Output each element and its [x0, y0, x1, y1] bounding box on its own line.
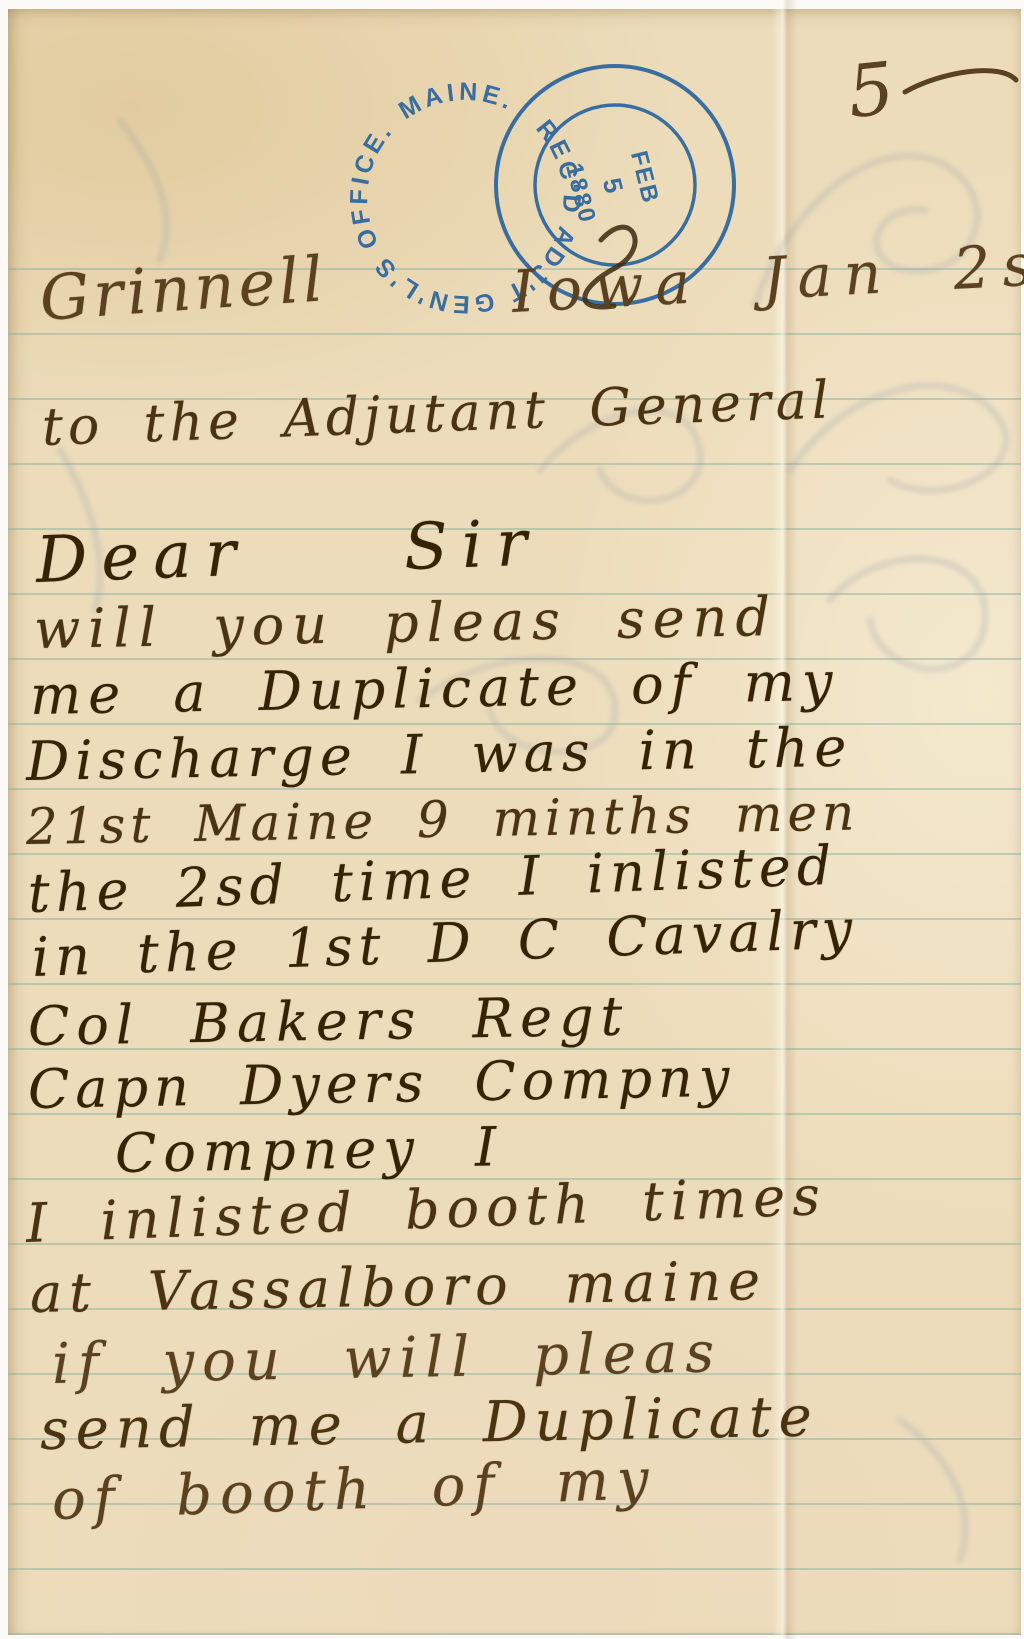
handwritten-line: at Vassalboro maine: [29, 1249, 767, 1325]
svg-text:MAINE.: MAINE.: [394, 78, 520, 125]
letter-scan: REC'D ADJ'T GEN'L'S OFFICE. MAINE. FEB 5…: [0, 0, 1024, 1639]
handwritten-line: Capn Dyers Compny: [27, 1046, 735, 1121]
handwritten-line: send me a Duplicate: [39, 1384, 819, 1463]
page-number: 5: [844, 46, 898, 134]
handwritten-line: if you will pleas: [51, 1320, 722, 1397]
stamp-date-day: 5: [597, 175, 630, 196]
page-number-swash: [905, 71, 1016, 92]
handwritten-line: Col Bakers Regt: [27, 985, 629, 1058]
handwritten-line: Compney I: [114, 1115, 503, 1185]
stamp-arc-text-maine: MAINE.: [394, 78, 520, 125]
stamp-date-month: FEB: [625, 148, 664, 207]
stamp-date: FEB 5 1880: [560, 145, 665, 227]
handwritten-line: will you pleas send: [33, 585, 778, 661]
